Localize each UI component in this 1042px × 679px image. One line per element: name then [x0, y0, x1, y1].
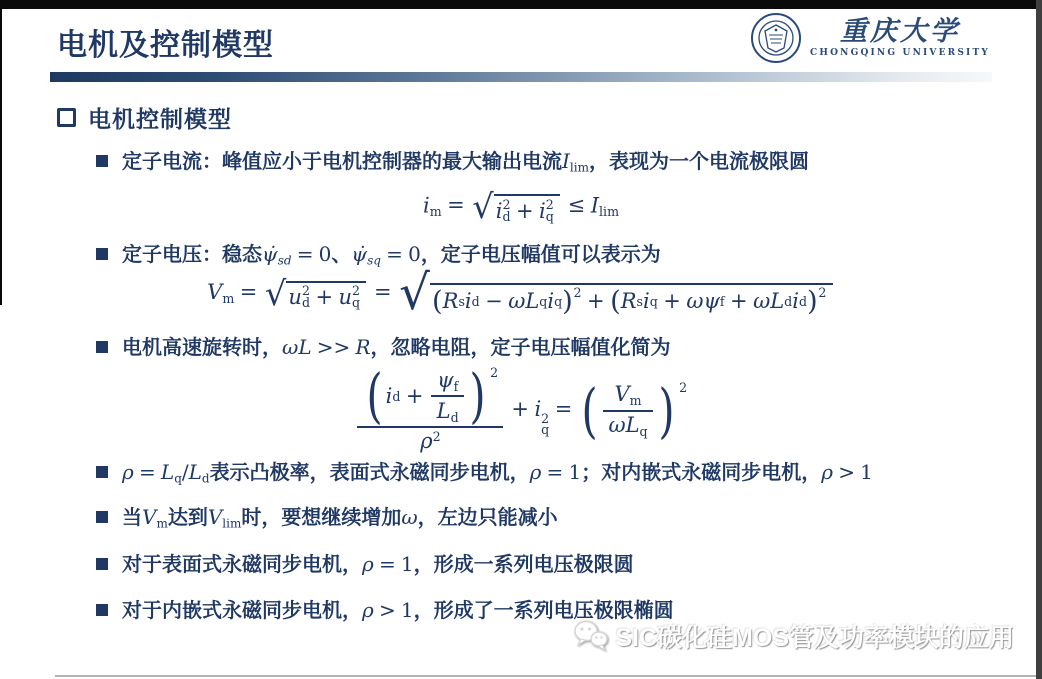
text-segment: 定子电压：稳态	[122, 244, 262, 266]
text-segment: 达到	[168, 507, 208, 529]
text-segment: ；对内嵌式永磁同步电机，	[581, 462, 821, 484]
text-segment: ，定子电压幅值可以表示为	[421, 244, 661, 266]
title-divider-bar	[50, 72, 992, 82]
bullet-square-icon	[96, 511, 108, 523]
math-segment: ωL>>R	[282, 333, 371, 361]
text-segment: ，忽略电阻，定子电压幅值化简为	[371, 337, 671, 359]
math-segment: ρ=Lq/Ld	[122, 458, 210, 493]
bullet-square-icon	[96, 155, 108, 167]
math-formula: im=√i2d+i2q≤Ilim	[423, 191, 619, 223]
bullet-square-icon	[96, 604, 108, 616]
text-segment: ，表现为一个电流极限圆	[589, 151, 809, 173]
text-segment: 表示凸极率，表面式永磁同步电机，	[210, 462, 530, 484]
math-segment: Ilim	[562, 147, 589, 182]
text-segment: 当	[122, 507, 142, 529]
math-segment: ρ>1	[821, 458, 873, 486]
bullet-square-icon	[96, 558, 108, 570]
math-segment: ρ=1	[530, 458, 582, 486]
text-segment: ，左边只能减小	[418, 507, 558, 529]
bullet-square-icon	[96, 248, 108, 260]
bullet-line-stator-current: 定子电流：峰值应小于电机控制器的最大输出电流Ilim，表现为一个电流极限圆	[96, 147, 809, 182]
page-title: 电机及控制模型	[57, 20, 274, 64]
text-segment: ，形成一系列电压极限圆	[414, 554, 634, 576]
section-heading: 电机控制模型	[57, 101, 232, 134]
math-segment: ψ̇sd=0	[262, 240, 331, 275]
logo-text: 重庆大学 CHONGQING UNIVERSITY	[810, 18, 990, 58]
logo-name-cn: 重庆大学	[840, 18, 960, 45]
formula-voltage-ellipse: (id+ψfLd)2ρ2+i2q=(VmωLq)2	[60, 368, 982, 453]
bullet-line-saliency-ratio: ρ=Lq/Ld表示凸极率，表面式永磁同步电机，ρ=1；对内嵌式永磁同步电机，ρ>…	[96, 458, 873, 493]
university-seal-icon	[750, 12, 802, 64]
text-segment: 时，要想继续增加	[241, 507, 401, 529]
bullet-square-icon	[96, 341, 108, 353]
bullet-line-stator-voltage: 定子电压：稳态ψ̇sd=0、ψ̇sq=0，定子电压幅值可以表示为	[96, 240, 661, 275]
slide: 电机及控制模型 重庆大学 CHONGQING UNIVERSITY 电机控制模型…	[0, 0, 1042, 679]
math-segment: ρ=1	[362, 550, 414, 578]
bullet-line-voltage-limit: 当Vm达到Vlim时，要想继续增加ω，左边只能减小	[96, 503, 558, 538]
wechat-icon	[573, 620, 609, 652]
watermark: SIC碳化硅MOS管及功率模块的应用	[573, 618, 1014, 654]
math-segment: ρ>1	[362, 596, 414, 624]
text-segment: 定子电流：峰值应小于电机控制器的最大输出电流	[122, 151, 562, 173]
text-segment: 、	[331, 244, 351, 266]
formula-voltage-magnitude: Vm=√u2d+u2q=√(Rsid−ωLqiq)2+(Rsiq+ωψf+ωLd…	[60, 272, 982, 315]
text-segment: 对于表面式永磁同步电机，	[122, 554, 362, 576]
math-segment: ω	[401, 503, 417, 531]
bottom-divider-line	[55, 675, 1036, 677]
left-frame-bar	[0, 0, 2, 305]
bullet-square-icon	[96, 466, 108, 478]
bullet-line-surface-pmsm: 对于表面式永磁同步电机，ρ=1，形成一系列电压极限圆	[96, 550, 634, 579]
logo-name-en: CHONGQING UNIVERSITY	[810, 48, 990, 58]
section-bullet-icon	[57, 108, 76, 127]
math-segment: Vm	[142, 503, 168, 538]
math-formula: Vm=√u2d+u2q=√(Rsid−ωLqiq)2+(Rsiq+ωψf+ωLd…	[207, 272, 835, 315]
right-frame-bar	[1036, 0, 1042, 679]
formula-current-limit: im=√i2d+i2q≤Ilim	[60, 191, 982, 223]
math-segment: Vlim	[208, 503, 242, 538]
section-heading-label: 电机控制模型	[88, 101, 232, 134]
text-segment: 对于内嵌式永磁同步电机，	[122, 600, 362, 622]
bullet-line-high-speed: 电机高速旋转时，ωL>>R，忽略电阻，定子电压幅值化简为	[96, 333, 671, 362]
university-logo: 重庆大学 CHONGQING UNIVERSITY	[750, 12, 990, 64]
math-formula: (id+ψfLd)2ρ2+i2q=(VmωLq)2	[355, 368, 687, 453]
top-frame-bar	[0, 0, 1042, 9]
watermark-text: SIC碳化硅MOS管及功率模块的应用	[615, 618, 1014, 654]
text-segment: 电机高速旋转时，	[122, 337, 282, 359]
